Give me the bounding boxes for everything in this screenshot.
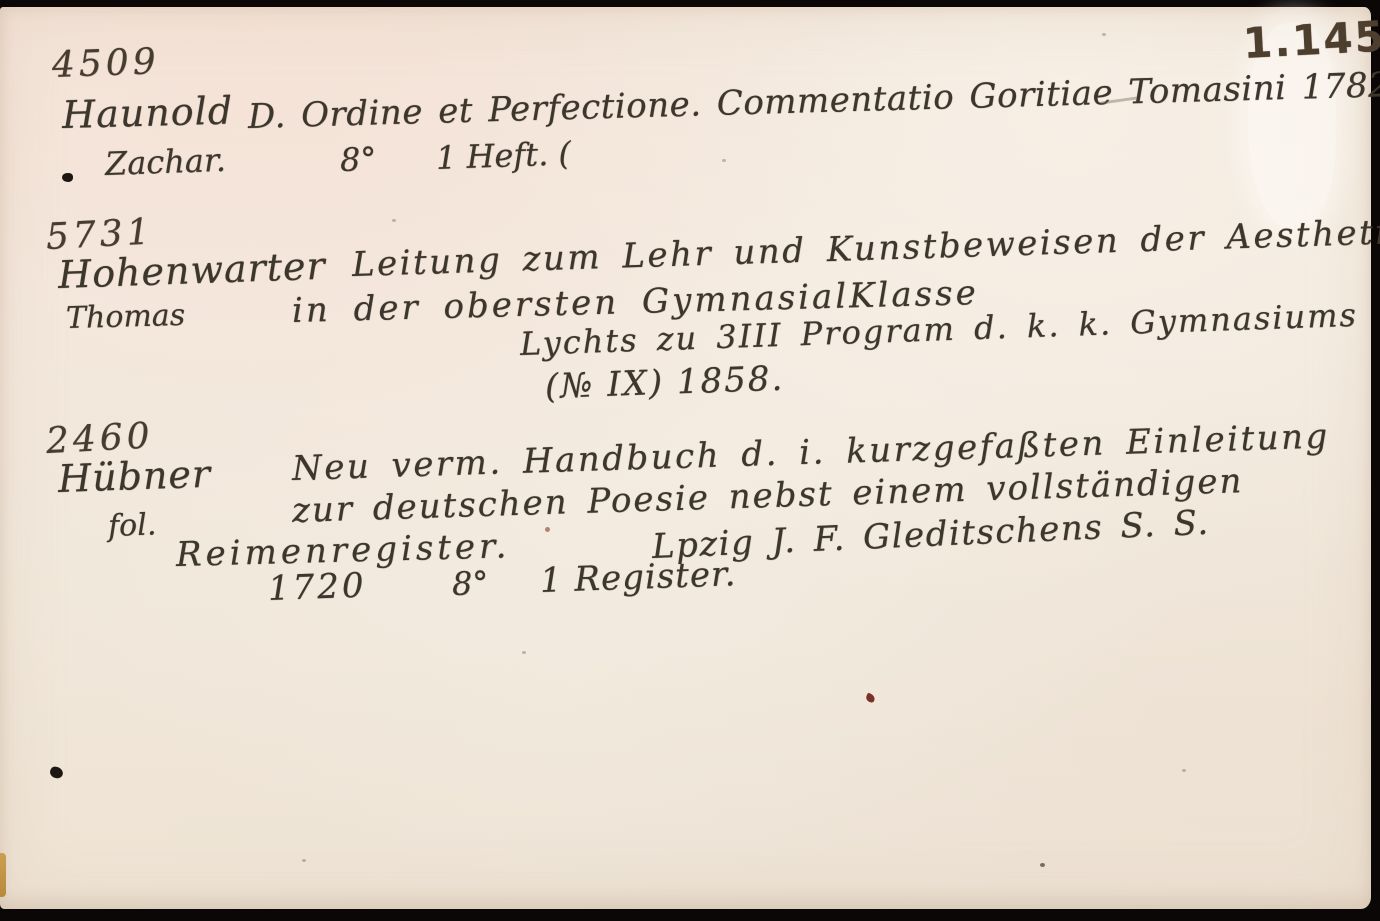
paper-speck xyxy=(1102,33,1106,36)
extent-note: 1 Heft. ( xyxy=(435,134,571,177)
paper-speck xyxy=(392,219,396,222)
paper-edge-sliver xyxy=(0,853,6,897)
format-note: 8° xyxy=(339,140,377,179)
paper-speck xyxy=(1182,769,1186,772)
title-line: Leitung zum Lehr und Kunstbeweisen der A… xyxy=(351,212,1380,285)
paper-speck xyxy=(722,159,726,162)
paper-speck xyxy=(522,651,526,654)
author-name: Hohenwarter xyxy=(57,244,326,297)
author-name: Hübner xyxy=(57,452,212,501)
author-name: Haunold xyxy=(61,89,233,137)
red-ink-speck xyxy=(865,693,876,704)
author-first-name: Thomas xyxy=(66,298,186,336)
entry-number: 4509 xyxy=(51,41,160,86)
ink-blot xyxy=(62,173,73,182)
year-note: 1720 xyxy=(267,566,367,609)
scan-background: 1.145 4509 Haunold D. Ordine et Perfecti… xyxy=(0,0,1380,921)
paper-speck xyxy=(1040,863,1045,867)
format-note: 8° xyxy=(451,564,489,603)
author-first-name: Zachar. xyxy=(104,141,226,183)
format-note: fol. xyxy=(107,507,156,544)
paper-speck xyxy=(302,859,306,862)
folio-number: 1.145 xyxy=(1242,12,1380,68)
paper-speck xyxy=(545,527,550,532)
title-line: D. Ordine et Perfectione. Commentatio Go… xyxy=(247,65,1380,137)
catalog-card-paper: 1.145 4509 Haunold D. Ordine et Perfecti… xyxy=(0,7,1371,909)
series-year-note: (№ IX) 1858. xyxy=(544,359,785,407)
extent-note: 1 Register. xyxy=(539,554,737,601)
ink-blot xyxy=(49,766,64,780)
